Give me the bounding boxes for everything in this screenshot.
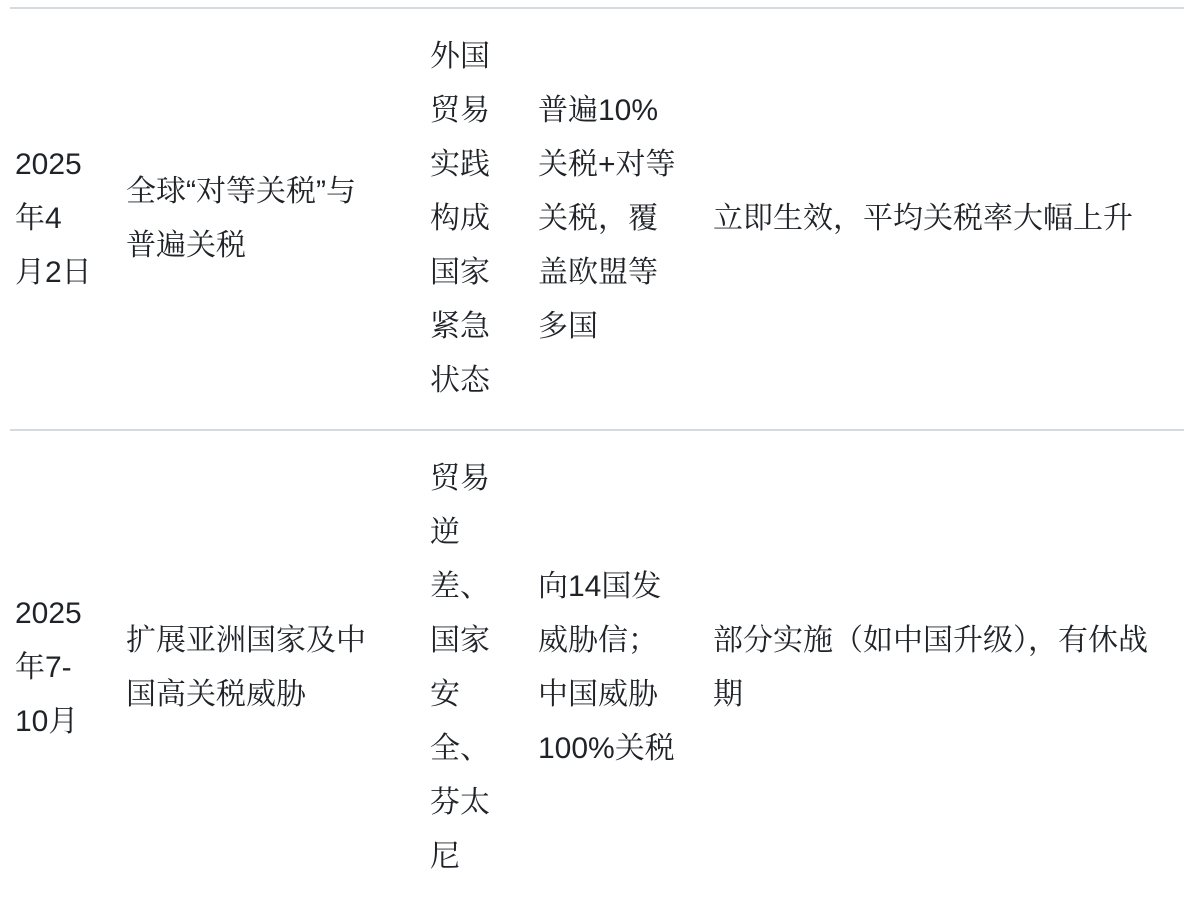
event-cell: 全球“对等关税”与 普遍关税: [112, 8, 416, 430]
document-page: 2025 年4 月2日 全球“对等关税”与 普遍关税 外国 贸易 实践 构成 国…: [0, 7, 1184, 902]
measure-cell: 向14国发 威胁信； 中国威胁 100%关税: [524, 430, 699, 902]
date-cell: 2025 年7- 10月: [10, 430, 112, 902]
legal-basis-cell: 贸易 逆 差、 国家 安 全、 芬太 尼: [416, 430, 524, 902]
status-cell: 立即生效，平均关税率大幅上升: [699, 8, 1184, 430]
date-cell: 2025 年4 月2日: [10, 8, 112, 430]
tariff-timeline-table: 2025 年4 月2日 全球“对等关税”与 普遍关税 外国 贸易 实践 构成 国…: [10, 7, 1184, 902]
event-cell: 扩展亚洲国家及中 国高关税威胁: [112, 430, 416, 902]
status-cell: 部分实施（如中国升级），有休战 期: [699, 430, 1184, 902]
table-row: 2025 年7- 10月 扩展亚洲国家及中 国高关税威胁 贸易 逆 差、 国家 …: [10, 430, 1184, 902]
legal-basis-cell: 外国 贸易 实践 构成 国家 紧急 状态: [416, 8, 524, 430]
measure-cell: 普遍10% 关税+对等 关税，覆 盖欧盟等 多国: [524, 8, 699, 430]
table-row: 2025 年4 月2日 全球“对等关税”与 普遍关税 外国 贸易 实践 构成 国…: [10, 8, 1184, 430]
